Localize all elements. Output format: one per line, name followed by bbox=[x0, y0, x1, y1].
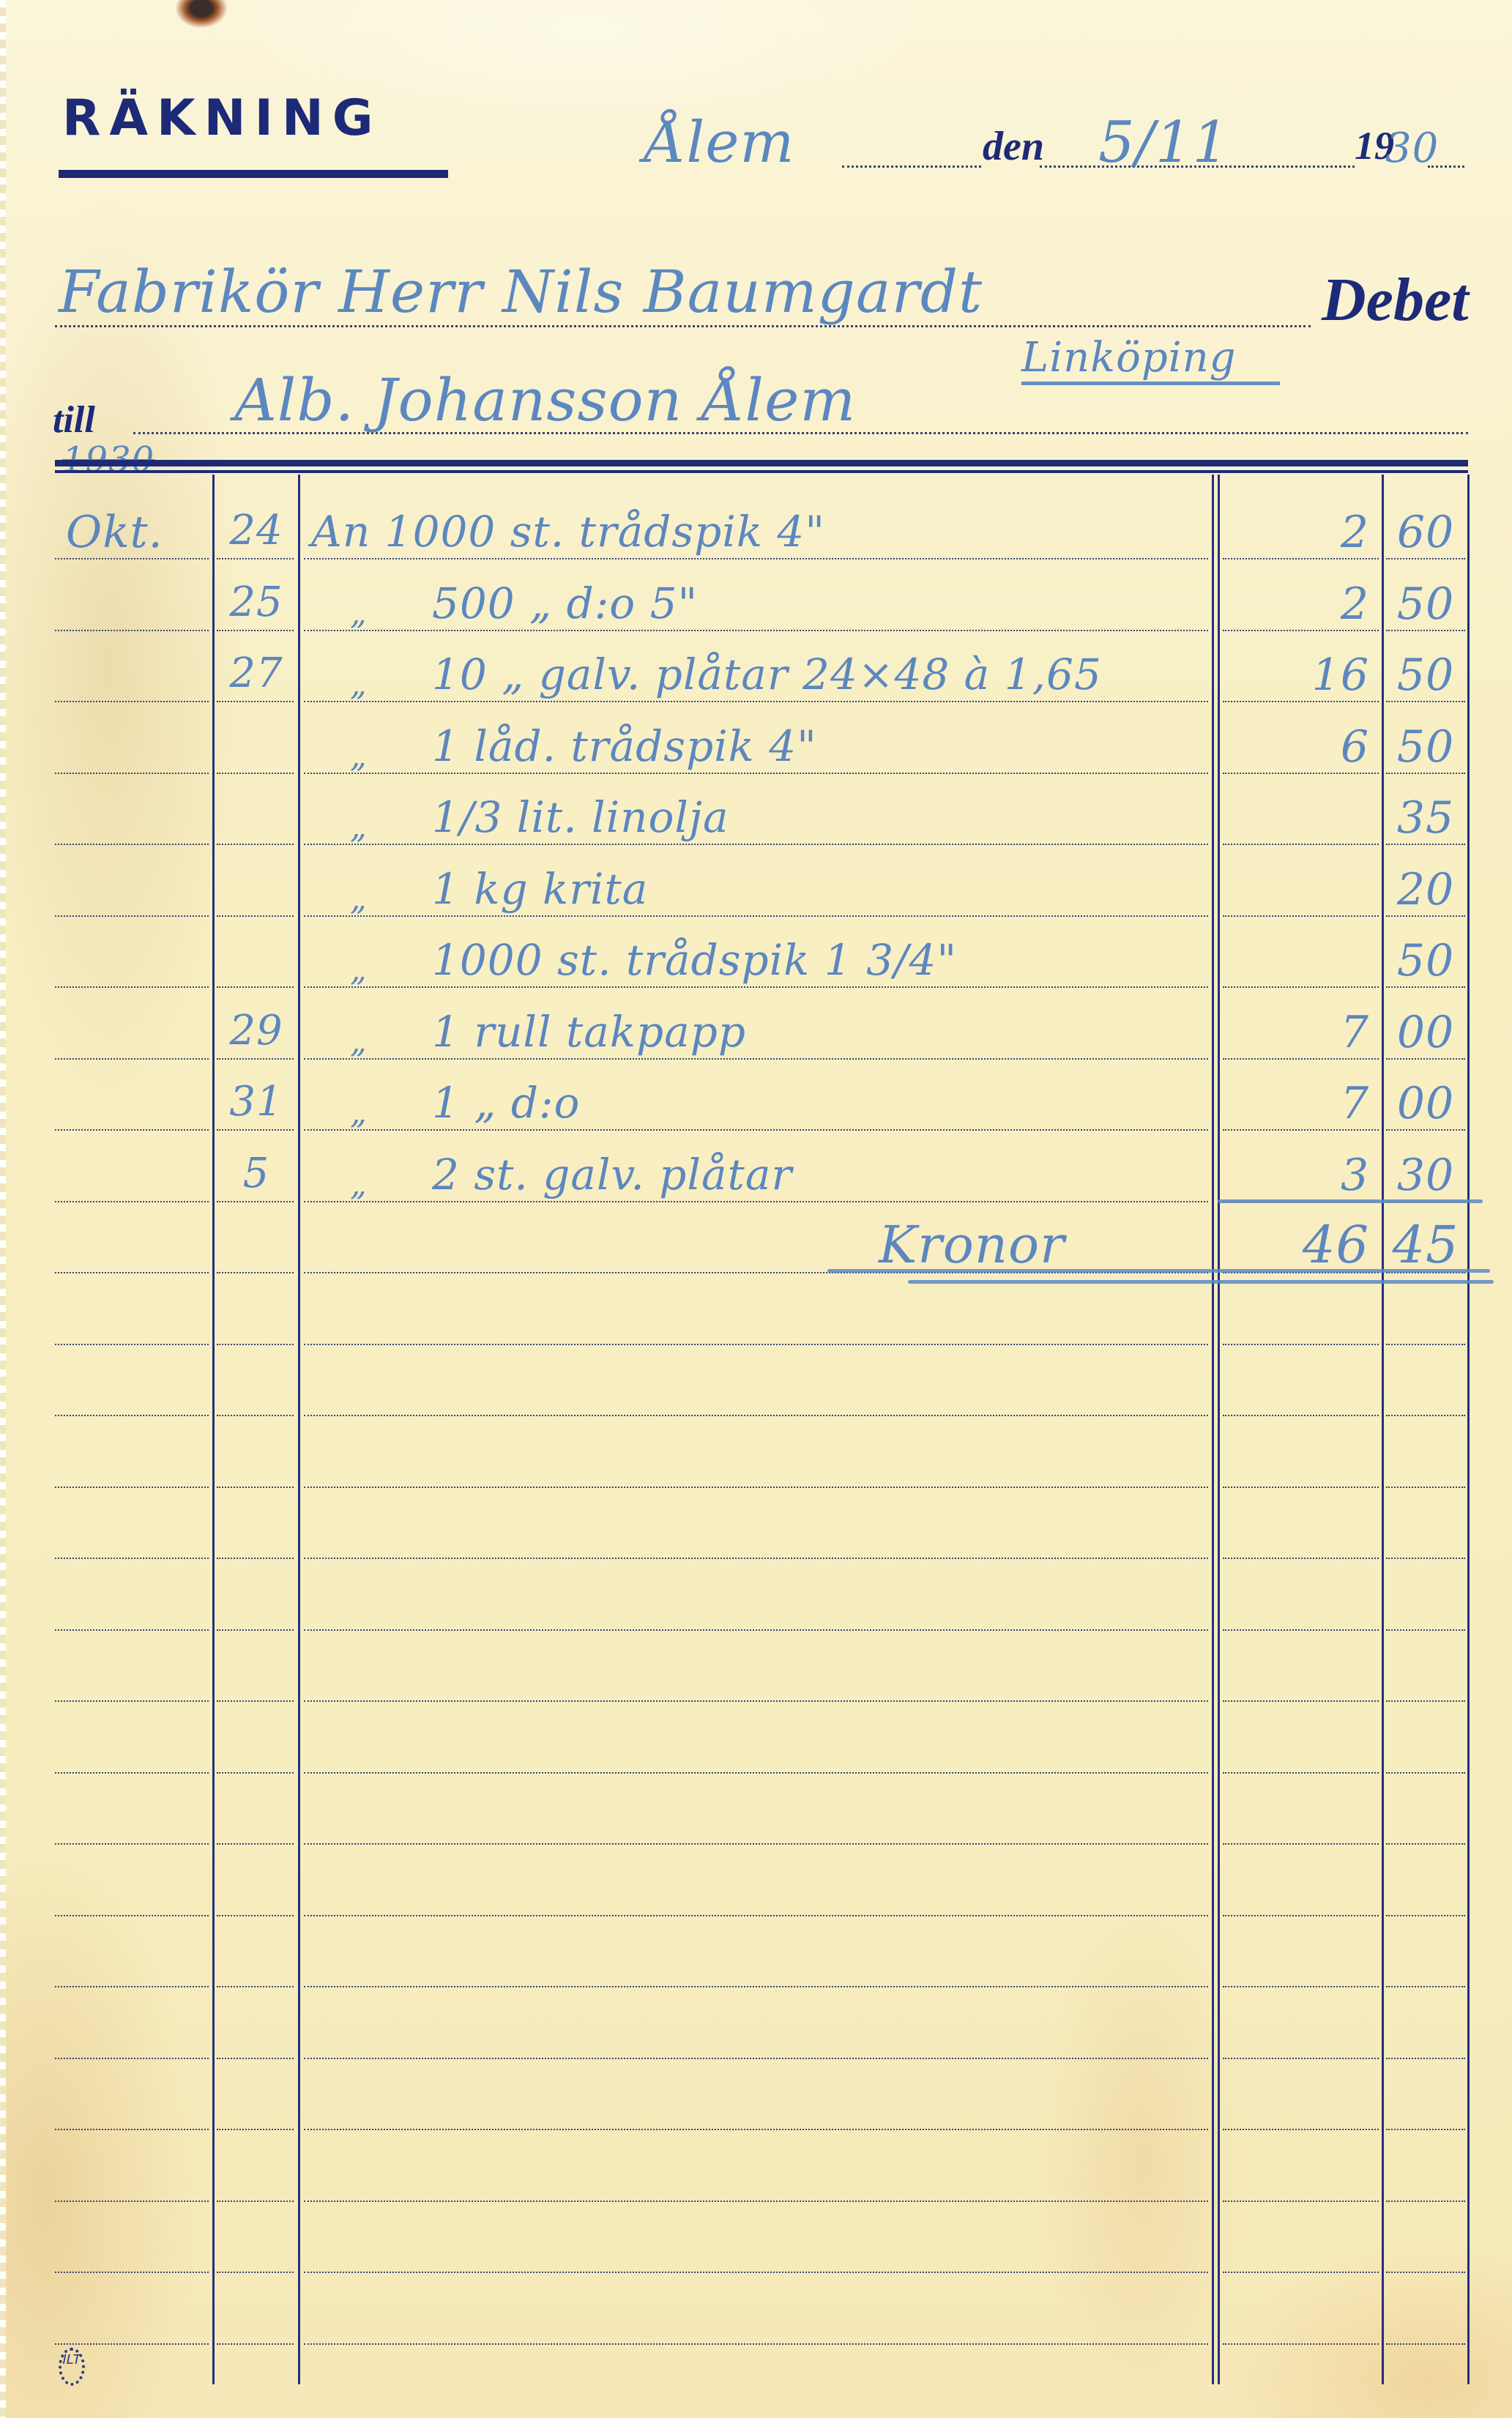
ruled-dotted-line bbox=[217, 1344, 294, 1345]
ruled-dotted-line bbox=[304, 2272, 1208, 2273]
ruled-dotted-line bbox=[1386, 701, 1465, 702]
ruled-dotted-line bbox=[304, 2201, 1208, 2202]
ruled-dotted-line bbox=[217, 915, 294, 917]
ruled-dotted-line bbox=[217, 1272, 294, 1273]
ruled-dotted-line bbox=[1223, 844, 1379, 845]
ruled-dotted-line bbox=[1386, 1344, 1465, 1345]
ruled-dotted-line bbox=[217, 1487, 294, 1488]
ruled-dotted-line bbox=[1386, 844, 1465, 845]
ruled-dotted-line bbox=[304, 1415, 1208, 1416]
debtor-handwritten: Fabrikör Herr Nils Baumgardt bbox=[59, 258, 983, 326]
ruled-dotted-line bbox=[1223, 2272, 1379, 2273]
ruled-dotted-line bbox=[304, 1986, 1208, 1987]
ruled-dotted-line bbox=[304, 558, 1208, 559]
ruled-dotted-line bbox=[55, 1700, 209, 1702]
ore-cell: 50 bbox=[1386, 579, 1465, 630]
ruled-dotted-line bbox=[55, 1344, 209, 1345]
ruled-dotted-line bbox=[1223, 558, 1379, 559]
total-line-1 bbox=[827, 1269, 1490, 1273]
ruled-dotted-line bbox=[55, 915, 209, 917]
ore-cell: 00 bbox=[1386, 1078, 1465, 1129]
description-cell: 1 kg krita bbox=[432, 864, 648, 914]
ruled-dotted-line bbox=[1386, 986, 1465, 988]
ruled-dotted-line bbox=[1386, 558, 1465, 559]
table-top-rule-thin bbox=[55, 470, 1468, 473]
debet-label: Debet bbox=[1322, 269, 1469, 331]
ruled-dotted-line bbox=[1386, 2129, 1465, 2130]
ruled-dotted-line bbox=[1223, 1129, 1379, 1131]
ruled-dotted-line bbox=[1223, 2058, 1379, 2059]
day-cell: 25 bbox=[220, 579, 293, 626]
ruled-dotted-line bbox=[217, 2129, 294, 2130]
ruled-dotted-line bbox=[304, 1915, 1208, 1916]
ore-cell: 60 bbox=[1386, 507, 1465, 558]
document-title: RÄKNING bbox=[62, 94, 382, 144]
ruled-dotted-line bbox=[304, 2343, 1208, 2345]
ruled-dotted-line bbox=[1223, 2343, 1379, 2345]
ditto-mark: „ bbox=[350, 880, 368, 918]
ruled-dotted-line bbox=[217, 1915, 294, 1916]
ruled-dotted-line bbox=[217, 1986, 294, 1987]
ruled-dotted-line bbox=[304, 1201, 1208, 1202]
column-line-kr-ore bbox=[1382, 475, 1384, 2384]
kr-cell: 2 bbox=[1223, 579, 1369, 630]
column-line-spec-kr-b bbox=[1218, 475, 1220, 2384]
description-cell: 2 st. galv. plåtar bbox=[432, 1150, 792, 1199]
ruled-dotted-line bbox=[1386, 1415, 1465, 1416]
description-cell: 1/3 lit. linolja bbox=[432, 792, 729, 842]
ore-cell: 20 bbox=[1386, 864, 1465, 915]
ruled-dotted-line bbox=[1223, 1558, 1379, 1559]
ruled-dotted-line bbox=[217, 2272, 294, 2273]
ruled-dotted-line bbox=[55, 2343, 209, 2345]
ruled-dotted-line bbox=[1386, 915, 1465, 917]
ruled-dotted-line bbox=[1223, 2129, 1379, 2130]
ruled-dotted-line bbox=[1386, 2272, 1465, 2273]
ruled-dotted-line bbox=[217, 986, 294, 988]
ruled-dotted-line bbox=[55, 1487, 209, 1488]
ruled-dotted-line bbox=[304, 1487, 1208, 1488]
description-cell: 10 „ galv. plåtar 24×48 à 1,65 bbox=[432, 650, 1102, 699]
ruled-dotted-line bbox=[304, 1058, 1208, 1060]
ruled-dotted-line bbox=[55, 986, 209, 988]
description-cell: 1 låd. trådspik 4" bbox=[432, 721, 817, 771]
ditto-mark: „ bbox=[350, 1166, 368, 1203]
ruled-dotted-line bbox=[1386, 2058, 1465, 2059]
description-cell: 1 „ d:o bbox=[432, 1078, 580, 1128]
date-label: den bbox=[983, 126, 1044, 167]
ruled-dotted-line bbox=[217, 1415, 294, 1416]
ruled-dotted-line bbox=[55, 630, 209, 631]
ruled-dotted-line bbox=[217, 1558, 294, 1559]
ruled-dotted-line bbox=[304, 1700, 1208, 1702]
ruled-dotted-line bbox=[1386, 1558, 1465, 1559]
ruled-dotted-line bbox=[1386, 773, 1465, 774]
day-cell: 5 bbox=[220, 1150, 293, 1197]
ruled-dotted-line bbox=[217, 2343, 294, 2345]
ruled-dotted-line bbox=[1386, 1129, 1465, 1131]
ditto-mark: „ bbox=[350, 1023, 368, 1060]
ruled-dotted-line bbox=[55, 1915, 209, 1916]
ruled-dotted-line bbox=[1223, 1344, 1379, 1345]
ruled-dotted-line bbox=[55, 1986, 209, 1987]
ruled-dotted-line bbox=[55, 1058, 209, 1060]
ruled-dotted-line bbox=[1386, 1772, 1465, 1774]
ruled-dotted-line bbox=[55, 1772, 209, 1774]
description-cell: An 1000 st. trådspik 4" bbox=[311, 507, 825, 557]
ruled-dotted-line bbox=[1223, 1058, 1379, 1060]
ruled-dotted-line bbox=[1223, 701, 1379, 702]
month-cell: Okt. bbox=[66, 507, 163, 558]
total-line-2 bbox=[908, 1280, 1494, 1284]
creditor-handwritten: Alb. Johansson Ålem bbox=[234, 366, 856, 434]
ruled-dotted-line bbox=[55, 844, 209, 845]
ruled-dotted-line bbox=[217, 2058, 294, 2059]
ruled-dotted-line bbox=[304, 986, 1208, 988]
ore-cell: 50 bbox=[1386, 650, 1465, 701]
ditto-mark: „ bbox=[350, 666, 368, 703]
ruled-dotted-line bbox=[304, 2058, 1208, 2059]
ruled-dotted-line bbox=[304, 844, 1208, 845]
ruled-dotted-line bbox=[217, 1201, 294, 1202]
ruled-dotted-line bbox=[217, 1058, 294, 1060]
description-cell: 500 „ d:o 5" bbox=[432, 579, 698, 628]
ruled-dotted-line bbox=[1386, 1629, 1465, 1631]
ruled-dotted-line bbox=[55, 1129, 209, 1131]
ruled-dotted-line bbox=[217, 630, 294, 631]
ruled-dotted-line bbox=[1223, 1915, 1379, 1916]
ruled-dotted-line bbox=[1223, 1629, 1379, 1631]
column-line-day-spec bbox=[298, 475, 300, 2384]
ruled-dotted-line bbox=[1223, 1700, 1379, 1702]
printer-stamp-icon: ILT bbox=[59, 2348, 85, 2386]
ruled-dotted-line bbox=[217, 2201, 294, 2202]
till-label: till bbox=[53, 401, 95, 439]
place-dotted-line bbox=[842, 165, 981, 168]
ore-cell: 50 bbox=[1386, 721, 1465, 773]
ruled-dotted-line bbox=[1386, 1487, 1465, 1488]
ruled-dotted-line bbox=[1386, 1700, 1465, 1702]
day-cell: 29 bbox=[220, 1007, 293, 1054]
ruled-dotted-line bbox=[1223, 1986, 1379, 1987]
ruled-dotted-line bbox=[1223, 630, 1379, 631]
kr-cell: 2 bbox=[1223, 507, 1369, 558]
ruled-dotted-line bbox=[217, 1629, 294, 1631]
ruled-dotted-line bbox=[217, 844, 294, 845]
date-handwritten: 5/11 bbox=[1098, 110, 1229, 176]
ruled-dotted-line bbox=[304, 2129, 1208, 2130]
ruled-dotted-line bbox=[304, 1558, 1208, 1559]
ruled-dotted-line bbox=[1386, 630, 1465, 631]
ruled-dotted-line bbox=[217, 1772, 294, 1774]
table-top-rule bbox=[55, 460, 1468, 466]
ruled-dotted-line bbox=[1223, 1415, 1379, 1416]
ruled-dotted-line bbox=[55, 1843, 209, 1845]
ore-cell: 00 bbox=[1386, 1007, 1465, 1058]
ruled-dotted-line bbox=[1386, 1058, 1465, 1060]
ruled-dotted-line bbox=[1223, 915, 1379, 917]
ruled-dotted-line bbox=[55, 773, 209, 774]
column-line-right bbox=[1467, 475, 1470, 2384]
kr-cell: 7 bbox=[1223, 1007, 1369, 1058]
ruled-dotted-line bbox=[1223, 2201, 1379, 2202]
ruled-dotted-line bbox=[55, 1201, 209, 1202]
ruled-dotted-line bbox=[304, 1129, 1208, 1131]
ruled-dotted-line bbox=[304, 773, 1208, 774]
ruled-dotted-line bbox=[217, 773, 294, 774]
ruled-dotted-line bbox=[55, 2058, 209, 2059]
ditto-mark: „ bbox=[350, 737, 368, 775]
perforated-edge bbox=[0, 0, 6, 2418]
ruled-dotted-line bbox=[217, 558, 294, 559]
ruled-dotted-line bbox=[1386, 1986, 1465, 1987]
column-line-month-day bbox=[212, 475, 215, 2384]
ore-cell: 50 bbox=[1386, 935, 1465, 986]
kr-cell: 3 bbox=[1223, 1150, 1369, 1201]
ruled-dotted-line bbox=[217, 1700, 294, 1702]
ruled-dotted-line bbox=[55, 1272, 209, 1273]
ruled-dotted-line bbox=[55, 1415, 209, 1416]
ruled-dotted-line bbox=[55, 2272, 209, 2273]
ruled-dotted-line bbox=[217, 701, 294, 702]
staple-rust-mark bbox=[176, 0, 227, 28]
description-cell: 1 rull takpapp bbox=[432, 1007, 746, 1057]
ruled-dotted-line bbox=[55, 1629, 209, 1631]
ruled-dotted-line bbox=[55, 2129, 209, 2130]
ruled-dotted-line bbox=[1386, 1915, 1465, 1916]
day-cell: 31 bbox=[220, 1078, 293, 1126]
ruled-dotted-line bbox=[304, 1629, 1208, 1631]
ruled-dotted-line bbox=[1223, 1487, 1379, 1488]
total-kr: 46 bbox=[1223, 1215, 1369, 1275]
ruled-dotted-line bbox=[1386, 2343, 1465, 2345]
debtor-city-handwritten: Linköping bbox=[1021, 334, 1280, 385]
ditto-mark: „ bbox=[350, 1094, 368, 1131]
kr-cell: 6 bbox=[1223, 721, 1369, 773]
ore-cell: 30 bbox=[1386, 1150, 1465, 1201]
ruled-dotted-line bbox=[304, 1344, 1208, 1345]
ruled-dotted-line bbox=[1386, 2201, 1465, 2202]
total-ore: 45 bbox=[1386, 1215, 1465, 1275]
kr-cell: 16 bbox=[1223, 650, 1369, 701]
debtor-dotted-line bbox=[55, 325, 1311, 327]
ruled-dotted-line bbox=[1223, 773, 1379, 774]
ruled-dotted-line bbox=[304, 1772, 1208, 1774]
ditto-mark: „ bbox=[350, 951, 368, 989]
ruled-dotted-line bbox=[1223, 1772, 1379, 1774]
ruled-dotted-line bbox=[217, 1129, 294, 1131]
total-label: Kronor bbox=[879, 1215, 1065, 1275]
ditto-mark: „ bbox=[350, 808, 368, 846]
ruled-dotted-line bbox=[304, 915, 1208, 917]
description-cell: 1000 st. trådspik 1 3/4" bbox=[432, 935, 957, 985]
ditto-mark: „ bbox=[350, 595, 368, 632]
day-cell: 27 bbox=[220, 650, 293, 697]
year-dotted-line bbox=[1428, 165, 1464, 168]
subtotal-line bbox=[1218, 1199, 1483, 1203]
title-underline bbox=[59, 170, 448, 178]
ruled-dotted-line bbox=[304, 1843, 1208, 1845]
ruled-dotted-line bbox=[1223, 1843, 1379, 1845]
place-handwritten: Ålem bbox=[644, 110, 794, 176]
ruled-dotted-line bbox=[55, 558, 209, 559]
ruled-dotted-line bbox=[1223, 986, 1379, 988]
ore-cell: 35 bbox=[1386, 792, 1465, 844]
ruled-dotted-line bbox=[217, 1843, 294, 1845]
ruled-dotted-line bbox=[304, 701, 1208, 702]
column-line-spec-kr-a bbox=[1212, 475, 1214, 2384]
ruled-dotted-line bbox=[55, 1558, 209, 1559]
ruled-dotted-line bbox=[55, 701, 209, 702]
kr-cell: 7 bbox=[1223, 1078, 1369, 1129]
ruled-dotted-line bbox=[304, 630, 1208, 631]
day-cell: 24 bbox=[220, 507, 293, 554]
ruled-dotted-line bbox=[1386, 1843, 1465, 1845]
ruled-dotted-line bbox=[55, 2201, 209, 2202]
